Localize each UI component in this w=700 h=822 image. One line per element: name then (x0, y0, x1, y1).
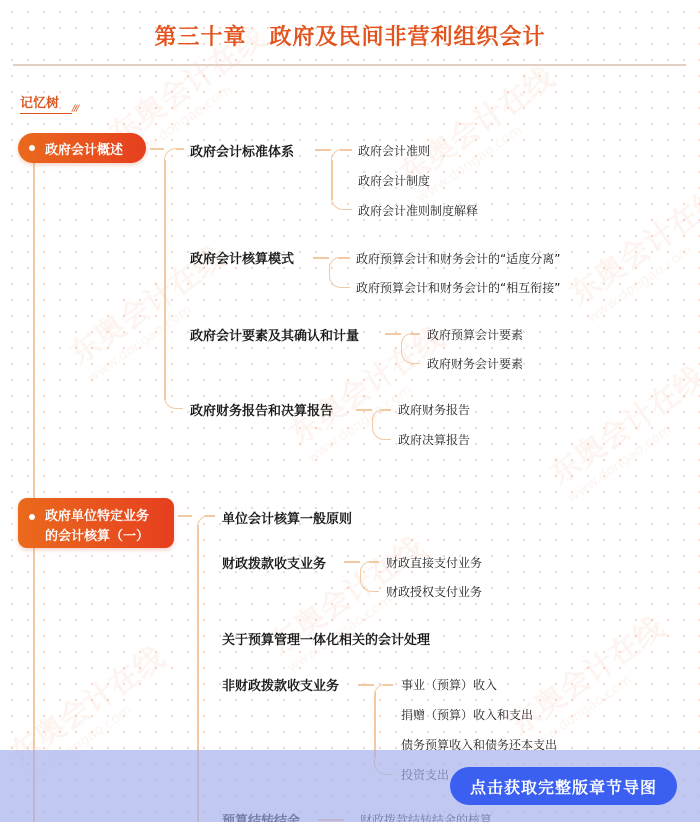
connector (374, 684, 385, 699)
branch-budget-integration[interactable]: 关于预算管理一体化相关的会计处理 (222, 629, 430, 648)
trunk-connector (33, 160, 35, 822)
connector (197, 515, 210, 536)
leaf-item[interactable]: 政府决算报告 (398, 431, 470, 448)
title-divider (13, 64, 686, 66)
section-tag-underline (20, 113, 72, 114)
section-tag: 记忆树 (20, 92, 59, 111)
connector (164, 160, 166, 400)
connector (164, 148, 177, 169)
branch-standards-system[interactable]: 政府会计标准体系 (190, 141, 294, 160)
connector (385, 333, 401, 335)
branch-fiscal-appropriation[interactable]: 财政拨款收支业务 (222, 553, 326, 572)
connector (164, 392, 183, 409)
connector (340, 149, 352, 151)
bullet-icon (29, 145, 35, 151)
connector (331, 195, 352, 210)
connector (315, 149, 331, 151)
watermark: 东奥会计在线www.dongao.com (559, 174, 700, 326)
connector (178, 515, 192, 517)
connector (313, 257, 329, 259)
leaf-item[interactable]: 政府会计准则 (358, 142, 430, 159)
node-label: 政府会计概述 (45, 139, 123, 158)
connector (205, 515, 215, 517)
bullet-icon (29, 514, 35, 520)
decorative-slash-icon: /// (72, 104, 78, 114)
connector (331, 149, 342, 170)
connector (331, 160, 333, 200)
branch-general-principles[interactable]: 单位会计核算一般原则 (222, 508, 352, 527)
leaf-item[interactable]: 财政直接支付业务 (386, 554, 482, 571)
branch-accounting-model[interactable]: 政府会计核算模式 (190, 248, 294, 267)
connector (338, 257, 350, 259)
leaf-item[interactable]: 政府预算会计和财务会计的“适度分离” (356, 250, 560, 267)
leaf-item[interactable]: 政府预算会计要素 (427, 326, 523, 343)
branch-elements-recognition[interactable]: 政府会计要素及其确认和计量 (190, 325, 359, 344)
connector (369, 561, 379, 563)
leaf-item[interactable]: 政府会计准则制度解释 (358, 202, 478, 219)
connector (383, 684, 393, 686)
leaf-item[interactable]: 捐赠（预算）收入和支出 (401, 706, 533, 723)
watermark: 东奥会计在线www.dongao.com (499, 604, 681, 756)
node-label: 政府单位特定业务 的会计核算（一） (45, 507, 149, 547)
branch-non-fiscal-appropriation[interactable]: 非财政拨款收支业务 (222, 675, 339, 694)
connector (358, 684, 374, 686)
leaf-item[interactable]: 事业（预算）收入 (401, 676, 497, 693)
leaf-item[interactable]: 政府会计制度 (358, 172, 430, 189)
watermark: 东奥会计在线www.dongao.com (539, 354, 700, 506)
leaf-item[interactable]: 财政授权支付业务 (386, 583, 482, 600)
mindmap-node-gov-accounting-overview[interactable]: 政府会计概述 (18, 133, 146, 163)
branch-financial-reports[interactable]: 政府财务报告和决算报告 (190, 400, 333, 419)
get-full-mindmap-button[interactable]: 点击获取完整版章节导图 (450, 767, 677, 805)
connector (344, 561, 360, 563)
leaf-item[interactable]: 政府预算会计和财务会计的“相互衔接” (356, 279, 560, 296)
connector (360, 569, 379, 592)
watermark: 东奥会计在线www.dongao.com (259, 524, 441, 676)
connector (150, 148, 164, 150)
connector (372, 417, 391, 440)
connector (401, 341, 420, 364)
connector (381, 409, 391, 411)
leaf-item[interactable]: 政府财务会计要素 (427, 355, 523, 372)
connector (329, 265, 350, 288)
leaf-item[interactable]: 政府财务报告 (398, 401, 470, 418)
connector (374, 692, 376, 758)
connector (356, 409, 372, 411)
mindmap-node-specific-business-accounting[interactable]: 政府单位特定业务 的会计核算（一） (18, 498, 174, 548)
page-title: 第三十章 政府及民间非营利组织会计 (0, 20, 700, 51)
connector (176, 148, 184, 150)
connector (410, 333, 420, 335)
